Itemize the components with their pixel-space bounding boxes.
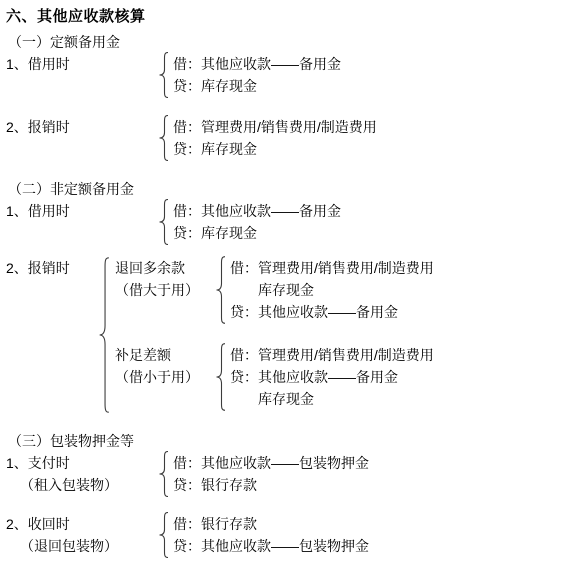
branch-case: 退回多余款 — [115, 257, 215, 279]
row-label: 2、报销时 — [6, 257, 98, 279]
row-label: 2、收回时 （退回包装物） — [6, 513, 158, 557]
journal-entry: 借：其他应收款——备用金 贷：库存现金 — [158, 200, 341, 245]
row-borrow: 1、借用时 借：其他应收款——备用金 贷：库存现金 — [6, 53, 580, 98]
row-label: 1、借用时 — [6, 200, 158, 222]
left-brace-icon — [215, 256, 227, 324]
entry-lines: 借：其他应收款——备用金 贷：库存现金 — [173, 200, 341, 244]
left-brace-icon — [158, 199, 170, 245]
journal-entry: 借：其他应收款——包装物押金 贷：银行存款 — [158, 452, 369, 497]
credit-line: 贷：其他应收款——包装物押金 — [173, 535, 369, 557]
debit-line-2: 库存现金 — [230, 279, 434, 301]
credit-line-2: 库存现金 — [230, 388, 434, 410]
credit-line: 贷：库存现金 — [173, 75, 341, 97]
left-brace-icon — [158, 451, 170, 497]
section-heading: （三）包装物押金等 — [6, 431, 580, 452]
entry-lines: 借：管理费用/销售费用/制造费用 贷：库存现金 — [173, 116, 377, 160]
branch-condition: （借小于用） — [115, 366, 215, 388]
row-receive-deposit: 2、收回时 （退回包装物） 借：银行存款 贷：其他应收款——包装物押金 — [6, 513, 580, 558]
branch-label: 退回多余款 （借大于用） — [115, 257, 215, 301]
branch-case: 补足差额 — [115, 344, 215, 366]
section-heading: （二）非定额备用金 — [6, 179, 580, 200]
left-brace-icon — [215, 343, 227, 411]
section-heading: （一）定额备用金 — [6, 32, 580, 53]
entry-lines: 借：管理费用/销售费用/制造费用 库存现金 贷：其他应收款——备用金 — [230, 257, 434, 323]
row-label-sub: （租入包装物） — [6, 474, 158, 496]
branch-condition: （借大于用） — [115, 279, 215, 301]
section-fixed-imprest: （一）定额备用金 1、借用时 借：其他应收款——备用金 贷：库存现金 2、报销时 — [6, 32, 580, 161]
debit-line: 借：管理费用/销售费用/制造费用 — [230, 344, 434, 366]
row-label-sub: （退回包装物） — [6, 535, 158, 557]
entry-lines: 借：其他应收款——备用金 贷：库存现金 — [173, 53, 341, 97]
row-reimburse: 2、报销时 借：管理费用/销售费用/制造费用 贷：库存现金 — [6, 116, 580, 161]
journal-entry: 借：管理费用/销售费用/制造费用 贷：其他应收款——备用金 库存现金 — [215, 344, 434, 411]
branches: 退回多余款 （借大于用） 借：管理费用/销售费用/制造费用 库存现金 贷：其他应… — [115, 257, 434, 411]
row-pay-deposit: 1、支付时 （租入包装物） 借：其他应收款——包装物押金 贷：银行存款 — [6, 452, 580, 497]
debit-line: 借：其他应收款——备用金 — [173, 200, 341, 222]
row-label: 1、支付时 （租入包装物） — [6, 452, 158, 496]
page-title: 六、其他应收款核算 — [6, 7, 580, 27]
debit-line: 借：管理费用/销售费用/制造费用 — [173, 116, 377, 138]
entry-lines: 借：管理费用/销售费用/制造费用 贷：其他应收款——备用金 库存现金 — [230, 344, 434, 410]
row-label-main: 1、支付时 — [6, 452, 158, 474]
left-brace-icon — [158, 512, 170, 558]
row-borrow: 1、借用时 借：其他应收款——备用金 贷：库存现金 — [6, 200, 580, 245]
left-brace-icon — [98, 257, 111, 413]
row-reimburse-branching: 2、报销时 退回多余款 （借大于用） 借：管理费用/销售费用/制造费用 — [6, 257, 580, 413]
branch-make-up-difference: 补足差额 （借小于用） 借：管理费用/销售费用/制造费用 贷：其他应收款——备用… — [115, 344, 434, 411]
credit-line: 贷：库存现金 — [173, 138, 377, 160]
debit-line: 借：其他应收款——备用金 — [173, 53, 341, 75]
left-brace-icon — [158, 52, 170, 98]
journal-entry: 借：银行存款 贷：其他应收款——包装物押金 — [158, 513, 369, 558]
section-nonfixed-imprest: （二）非定额备用金 1、借用时 借：其他应收款——备用金 贷：库存现金 2、报销… — [6, 179, 580, 413]
row-label: 1、借用时 — [6, 53, 158, 75]
branch-label: 补足差额 （借小于用） — [115, 344, 215, 388]
debit-line: 借：管理费用/销售费用/制造费用 — [230, 257, 434, 279]
row-label-main: 2、收回时 — [6, 513, 158, 535]
section-packaging-deposit: （三）包装物押金等 1、支付时 （租入包装物） 借：其他应收款——包装物押金 贷… — [6, 431, 580, 558]
credit-line: 贷：其他应收款——备用金 — [230, 366, 434, 388]
accounting-notes-document: 六、其他应收款核算 （一）定额备用金 1、借用时 借：其他应收款——备用金 贷：… — [6, 7, 580, 558]
left-brace-icon — [158, 115, 170, 161]
credit-line: 贷：其他应收款——备用金 — [230, 301, 434, 323]
entry-lines: 借：银行存款 贷：其他应收款——包装物押金 — [173, 513, 369, 557]
credit-line: 贷：银行存款 — [173, 474, 369, 496]
branch-refund-surplus: 退回多余款 （借大于用） 借：管理费用/销售费用/制造费用 库存现金 贷：其他应… — [115, 257, 434, 324]
debit-line: 借：其他应收款——包装物押金 — [173, 452, 369, 474]
journal-entry: 借：管理费用/销售费用/制造费用 贷：库存现金 — [158, 116, 377, 161]
credit-line: 贷：库存现金 — [173, 222, 341, 244]
journal-entry: 借：其他应收款——备用金 贷：库存现金 — [158, 53, 341, 98]
entry-lines: 借：其他应收款——包装物押金 贷：银行存款 — [173, 452, 369, 496]
journal-entry: 借：管理费用/销售费用/制造费用 库存现金 贷：其他应收款——备用金 — [215, 257, 434, 324]
debit-line: 借：银行存款 — [173, 513, 369, 535]
row-label: 2、报销时 — [6, 116, 158, 138]
